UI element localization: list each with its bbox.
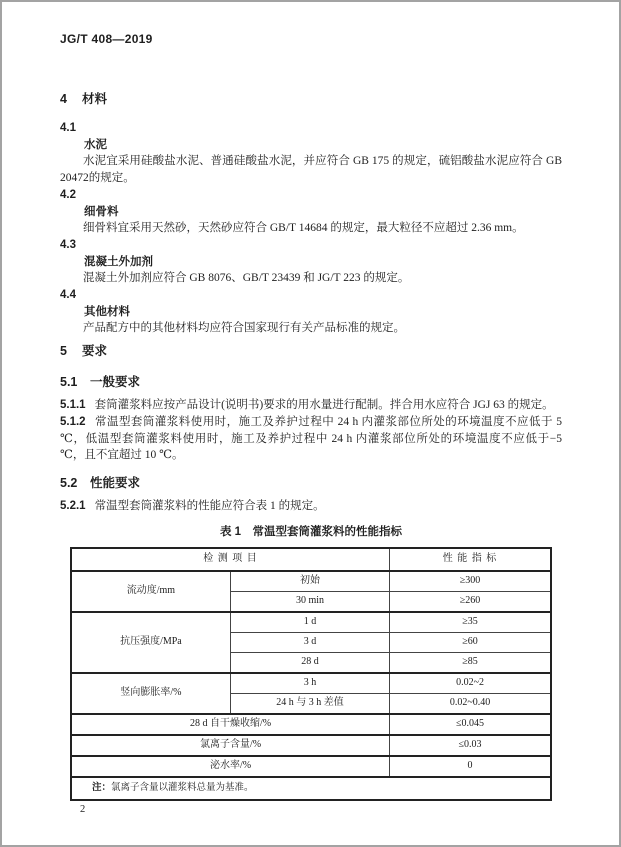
- table-note-cell: 注：氯离子含量以灌浆料总量为基准。: [71, 777, 551, 800]
- clause-5-1-1-body: 套筒灌浆料应按产品设计(说明书)要求的用水量进行配制。拌合用水应符合 JGJ 6…: [95, 399, 554, 411]
- table-header-indicator: 性 能 指 标: [390, 548, 551, 571]
- clause-5-2-1-number: 5.2.1: [60, 500, 86, 512]
- clause-5-2-1: 5.2.1常温型套筒灌浆料的性能应符合表 1 的规定。: [60, 498, 562, 515]
- clause-4-1-title: 水泥: [84, 137, 562, 154]
- section-5-number: 5: [60, 344, 82, 358]
- clause-4-2-number: 4.2: [60, 187, 562, 204]
- page-number: 2: [80, 804, 562, 815]
- clause-4-2-title: 细骨料: [84, 204, 562, 221]
- table-note-label: 注：: [92, 782, 111, 793]
- cell-bleeding-item: 泌水率/%: [71, 756, 390, 777]
- cell-strength-label: 抗压强度/MPa: [71, 612, 230, 673]
- clause-5-1-1: 5.1.1套筒灌浆料应按产品设计(说明书)要求的用水量进行配制。拌合用水应符合 …: [60, 397, 562, 414]
- table-row-shrinkage: 28 d 自干燥收缩/% ≤0.045: [71, 714, 551, 735]
- general-requirements: 5.1.1套筒灌浆料应按产品设计(说明书)要求的用水量进行配制。拌合用水应符合 …: [60, 397, 562, 464]
- cell-expansion-diff-cond: 24 h 与 3 h 差值: [230, 693, 389, 714]
- cell-chloride-item: 氯离子含量/%: [71, 735, 390, 756]
- cell-strength-28d-value: ≥85: [390, 652, 551, 673]
- table-1-caption: 表 1 常温型套筒灌浆料的性能指标: [60, 523, 562, 539]
- cell-expansion-3h-cond: 3 h: [230, 673, 389, 694]
- section-4-number: 4: [60, 92, 82, 106]
- clause-5-1-2: 5.1.2常温型套筒灌浆料使用时，施工及养护过程中 24 h 内灌浆部位所处的环…: [60, 414, 562, 464]
- clause-5-2-1-body: 常温型套筒灌浆料的性能应符合表 1 的规定。: [95, 500, 325, 512]
- cell-expansion-3h-value: 0.02~2: [390, 673, 551, 694]
- clause-4-4-body: 产品配方中的其他材料均应符合国家现行有关产品标准的规定。: [60, 320, 562, 337]
- section-5-1-title: 一般要求: [90, 375, 140, 389]
- cell-strength-1d-cond: 1 d: [230, 612, 389, 633]
- section-5-2-number: 5.2: [60, 476, 90, 490]
- section-4-title: 材料: [82, 92, 107, 106]
- materials-section: 4.1 水泥 水泥宜采用硅酸盐水泥、普通硅酸盐水泥，并应符合 GB 175 的规…: [60, 120, 562, 337]
- section-5-title: 要求: [82, 344, 107, 358]
- cell-expansion-label: 竖向膨胀率/%: [71, 673, 230, 714]
- clause-4-1-number: 4.1: [60, 120, 562, 137]
- section-5-2-heading: 5.2性能要求: [60, 473, 562, 491]
- clause-5-1-1-number: 5.1.1: [60, 399, 86, 411]
- table-header-row: 检 测 项 目 性 能 指 标: [71, 548, 551, 571]
- table-row-bleeding: 泌水率/% 0: [71, 756, 551, 777]
- clause-5-1-2-number: 5.1.2: [60, 416, 86, 428]
- section-5-1-number: 5.1: [60, 375, 90, 389]
- cell-expansion-diff-value: 0.02~0.40: [390, 693, 551, 714]
- cell-strength-28d-cond: 28 d: [230, 652, 389, 673]
- cell-strength-3d-cond: 3 d: [230, 632, 389, 652]
- clause-4-3-body: 混凝土外加剂应符合 GB 8076、GB/T 23439 和 JG/T 223 …: [60, 270, 562, 287]
- cell-shrinkage-value: ≤0.045: [390, 714, 551, 735]
- section-5-2-title: 性能要求: [90, 476, 140, 490]
- table-note-row: 注：氯离子含量以灌浆料总量为基准。: [71, 777, 551, 800]
- section-5-heading: 5要求: [60, 341, 562, 359]
- cell-strength-1d-value: ≥35: [390, 612, 551, 633]
- clause-4-3-title: 混凝土外加剂: [84, 254, 562, 271]
- table-row-expansion-3h: 竖向膨胀率/% 3 h 0.02~2: [71, 673, 551, 694]
- clause-4-2-body: 细骨料宜采用天然砂，天然砂应符合 GB/T 14684 的规定，最大粒径不应超过…: [60, 220, 562, 237]
- cell-bleeding-value: 0: [390, 756, 551, 777]
- table-row-fluidity-initial: 流动度/mm 初始 ≥300: [71, 571, 551, 592]
- clause-5-1-2-body: 常温型套筒灌浆料使用时，施工及养护过程中 24 h 内灌浆部位所处的环境温度不应…: [60, 416, 562, 461]
- document-page: JG/T 408—2019 4材料 4.1 水泥 水泥宜采用硅酸盐水泥、普通硅酸…: [0, 0, 621, 847]
- cell-fluidity-label: 流动度/mm: [71, 571, 230, 612]
- cell-fluidity-initial-cond: 初始: [230, 571, 389, 592]
- table-note-text: 氯离子含量以灌浆料总量为基准。: [111, 783, 254, 793]
- clause-4-4-title: 其他材料: [84, 304, 562, 321]
- clause-4-4-number: 4.4: [60, 287, 562, 304]
- standard-number: JG/T 408—2019: [60, 32, 562, 46]
- section-4-heading: 4材料: [60, 89, 562, 107]
- performance-requirements: 5.2.1常温型套筒灌浆料的性能应符合表 1 的规定。: [60, 498, 562, 515]
- clause-4-3-number: 4.3: [60, 237, 562, 254]
- table-row-strength-1d: 抗压强度/MPa 1 d ≥35: [71, 612, 551, 633]
- performance-table: 检 测 项 目 性 能 指 标 流动度/mm 初始 ≥300 30 min ≥2…: [70, 547, 552, 801]
- cell-shrinkage-item: 28 d 自干燥收缩/%: [71, 714, 390, 735]
- table-row-chloride: 氯离子含量/% ≤0.03: [71, 735, 551, 756]
- cell-fluidity-30min-cond: 30 min: [230, 591, 389, 612]
- table-header-item: 检 测 项 目: [71, 548, 390, 571]
- clause-4-1-body: 水泥宜采用硅酸盐水泥、普通硅酸盐水泥，并应符合 GB 175 的规定，硫铝酸盐水…: [60, 153, 562, 186]
- cell-strength-3d-value: ≥60: [390, 632, 551, 652]
- cell-chloride-value: ≤0.03: [390, 735, 551, 756]
- cell-fluidity-initial-value: ≥300: [390, 571, 551, 592]
- section-5-1-heading: 5.1一般要求: [60, 372, 562, 390]
- cell-fluidity-30min-value: ≥260: [390, 591, 551, 612]
